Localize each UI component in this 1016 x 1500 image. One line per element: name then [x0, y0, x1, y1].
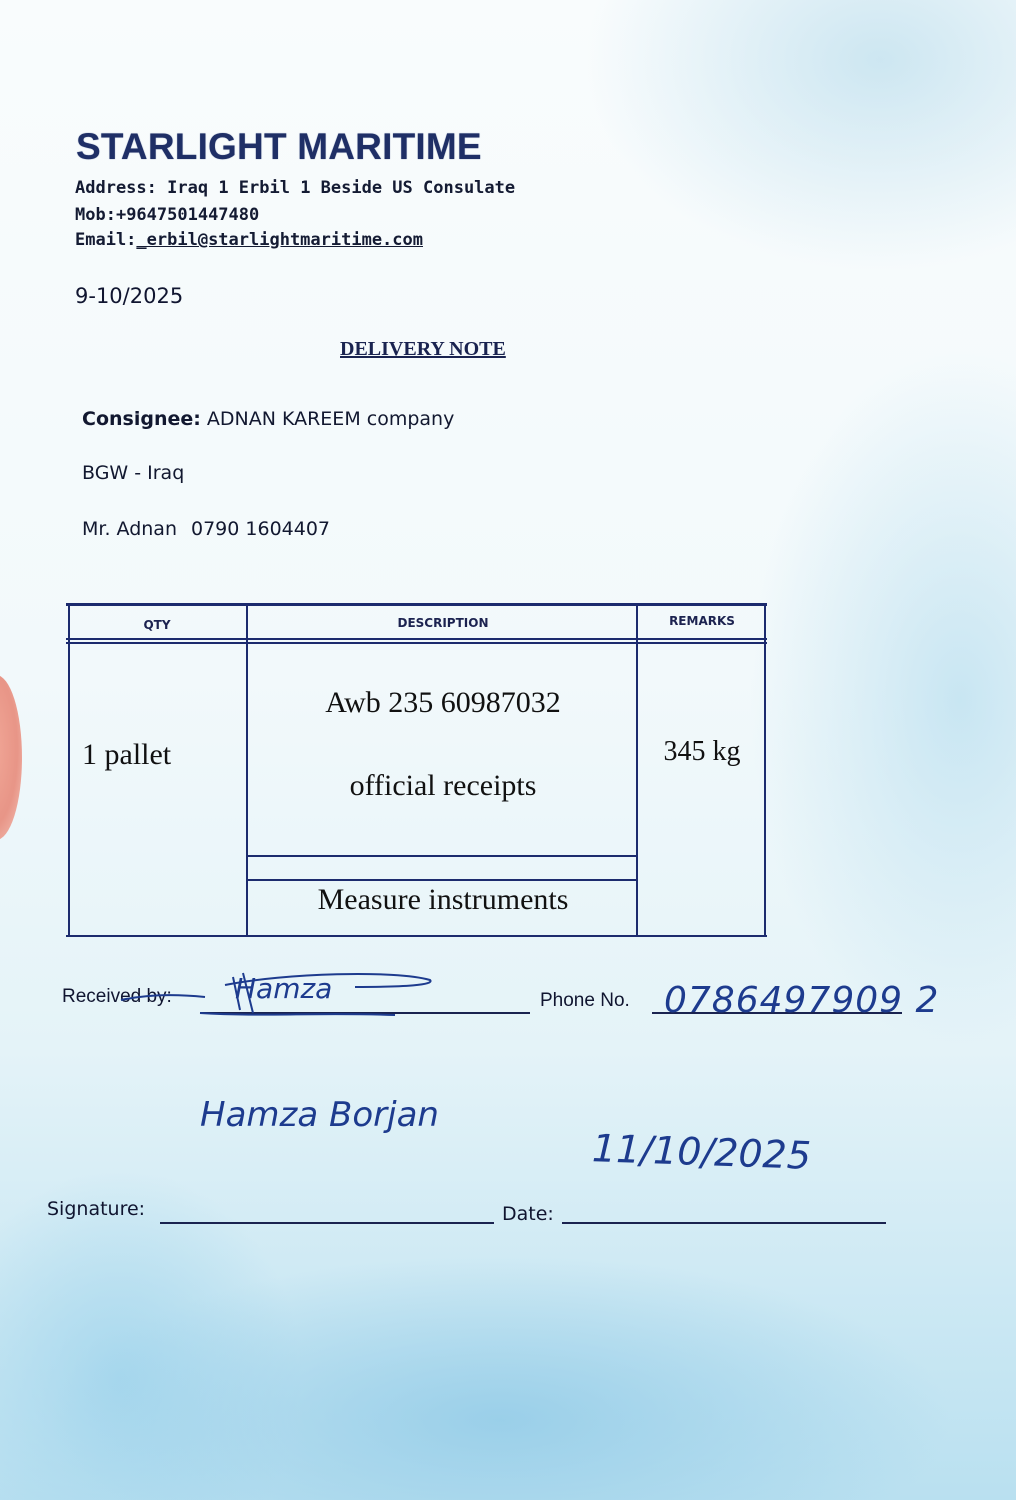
- finger-edge: [0, 675, 22, 840]
- mobile-value: +9647501447480: [116, 205, 259, 225]
- contact-name: Mr. Adnan: [82, 518, 177, 540]
- printed-name-handwritten: Hamza Borjan: [200, 1095, 439, 1135]
- header-rule-1: [66, 638, 767, 640]
- table-border-top: [66, 603, 767, 606]
- desc-row-rule-1: [248, 855, 638, 857]
- cell-description-extra: Measure instruments: [248, 883, 638, 917]
- document-title: DELIVERY NOTE: [340, 338, 506, 361]
- cell-remarks: 345 kg: [638, 736, 766, 768]
- company-mobile: Mob:+9647501447480: [75, 205, 259, 225]
- consignee-contact: Mr. Adnan0790 1604407: [82, 518, 330, 540]
- header-qty: QTY: [66, 618, 248, 632]
- company-address: Address: Iraq 1 Erbil 1 Beside US Consul…: [75, 178, 515, 198]
- email-label: Email:: [75, 230, 136, 250]
- table-border-right: [764, 603, 766, 937]
- items-table: QTY DESCRIPTION REMARKS 1 pallet Awb 235…: [66, 603, 767, 938]
- consignee-line: Consignee: ADNAN KAREEM company: [82, 408, 454, 430]
- header-remarks: REMARKS: [638, 614, 766, 628]
- company-email: Email:_erbil@starlightmaritime.com: [75, 230, 423, 250]
- company-name: STARLIGHT MARITIME: [76, 126, 482, 168]
- phone-label: Phone No.: [540, 990, 630, 1012]
- cell-description-line-2: official receipts: [248, 769, 638, 803]
- cell-description-line-1: Awb 235 60987032: [248, 686, 638, 720]
- consignee-location: BGW - Iraq: [82, 462, 184, 484]
- contact-phone: 0790 1604407: [191, 518, 330, 540]
- cell-qty: 1 pallet: [82, 738, 171, 772]
- consignee-name: ADNAN KAREEM company: [207, 408, 454, 430]
- header-description: DESCRIPTION: [248, 616, 638, 630]
- received-by-handwritten: Hamza: [235, 972, 332, 1005]
- address-label: Address:: [75, 178, 157, 198]
- address-value: Iraq 1 Erbil 1 Beside US Consulate: [167, 178, 515, 198]
- date-line[interactable]: [562, 1222, 886, 1224]
- table-border-left: [68, 603, 70, 937]
- table-border-bottom: [66, 935, 767, 937]
- mobile-label: Mob:: [75, 205, 116, 225]
- document-date: 9-10/2025: [75, 284, 183, 308]
- phone-handwritten: 0786497909 2: [664, 980, 939, 1021]
- signature-line[interactable]: [160, 1222, 494, 1224]
- date-handwritten: 11/10/2025: [591, 1126, 811, 1178]
- consignee-label: Consignee:: [82, 408, 201, 430]
- date-label: Date:: [502, 1203, 554, 1225]
- email-value: _erbil@starlightmaritime.com: [136, 230, 423, 250]
- header-rule-2: [66, 642, 767, 644]
- signature-label: Signature:: [47, 1198, 145, 1220]
- desc-row-rule-2: [248, 879, 638, 881]
